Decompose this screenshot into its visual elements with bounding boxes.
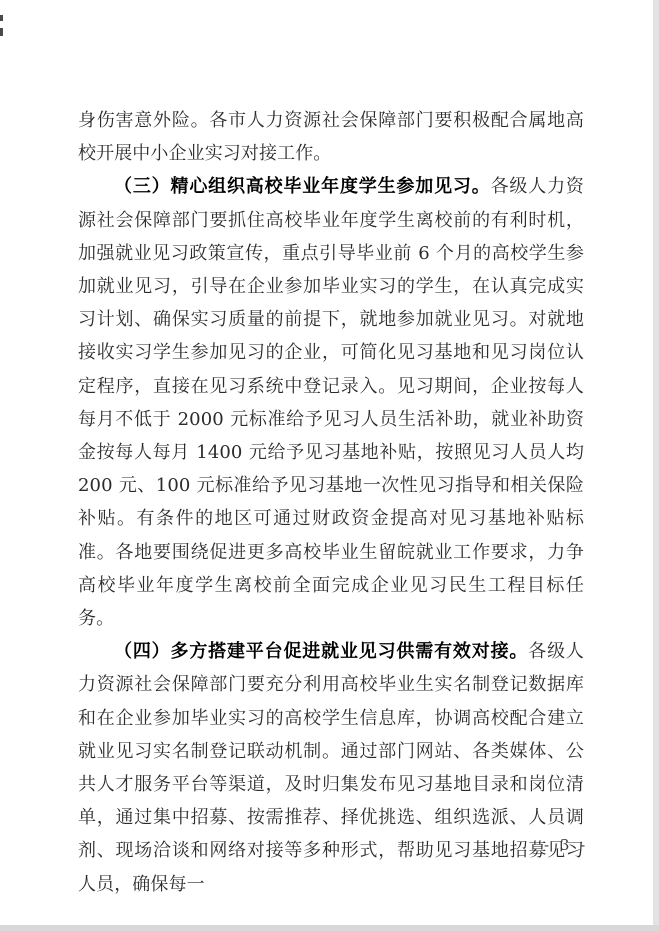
- paragraph-text: 各级人力资源社会保障部门要抓住高校毕业年度学生离校前的有利时机，加强就业见习政策…: [78, 176, 584, 629]
- paragraph: （三）精心组织高校毕业年度学生参加见习。各级人力资源社会保障部门要抓住高校毕业年…: [78, 170, 584, 635]
- paragraph-heading: （四）多方搭建平台促进就业见习供需有效对接。: [114, 641, 528, 662]
- paragraph-heading: （三）精心组织高校毕业年度学生参加见习。: [114, 176, 491, 197]
- paragraph: 身伤害意外险。各市人力资源社会保障部门要积极配合属地高校开展中小企业实习对接工作…: [78, 104, 584, 170]
- scan-artifact: [0, 28, 3, 36]
- page-number: - 3 -: [544, 836, 588, 854]
- paragraph-text: 身伤害意外险。各市人力资源社会保障部门要积极配合属地高校开展中小企业实习对接工作…: [78, 110, 584, 164]
- scan-artifact: [0, 15, 3, 21]
- document-text-block: 身伤害意外险。各市人力资源社会保障部门要积极配合属地高校开展中小企业实习对接工作…: [78, 104, 584, 901]
- document-page: 身伤害意外险。各市人力资源社会保障部门要积极配合属地高校开展中小企业实习对接工作…: [0, 0, 659, 931]
- paragraph: （四）多方搭建平台促进就业见习供需有效对接。各级人力资源社会保障部门要充分利用高…: [78, 635, 584, 901]
- paragraph-text: 各级人力资源社会保障部门要充分利用高校毕业生实名制登记数据库和在企业参加毕业实习…: [78, 641, 584, 894]
- scan-edge-shadow-bottom: [0, 925, 659, 931]
- scan-edge-shadow-right: [653, 0, 659, 931]
